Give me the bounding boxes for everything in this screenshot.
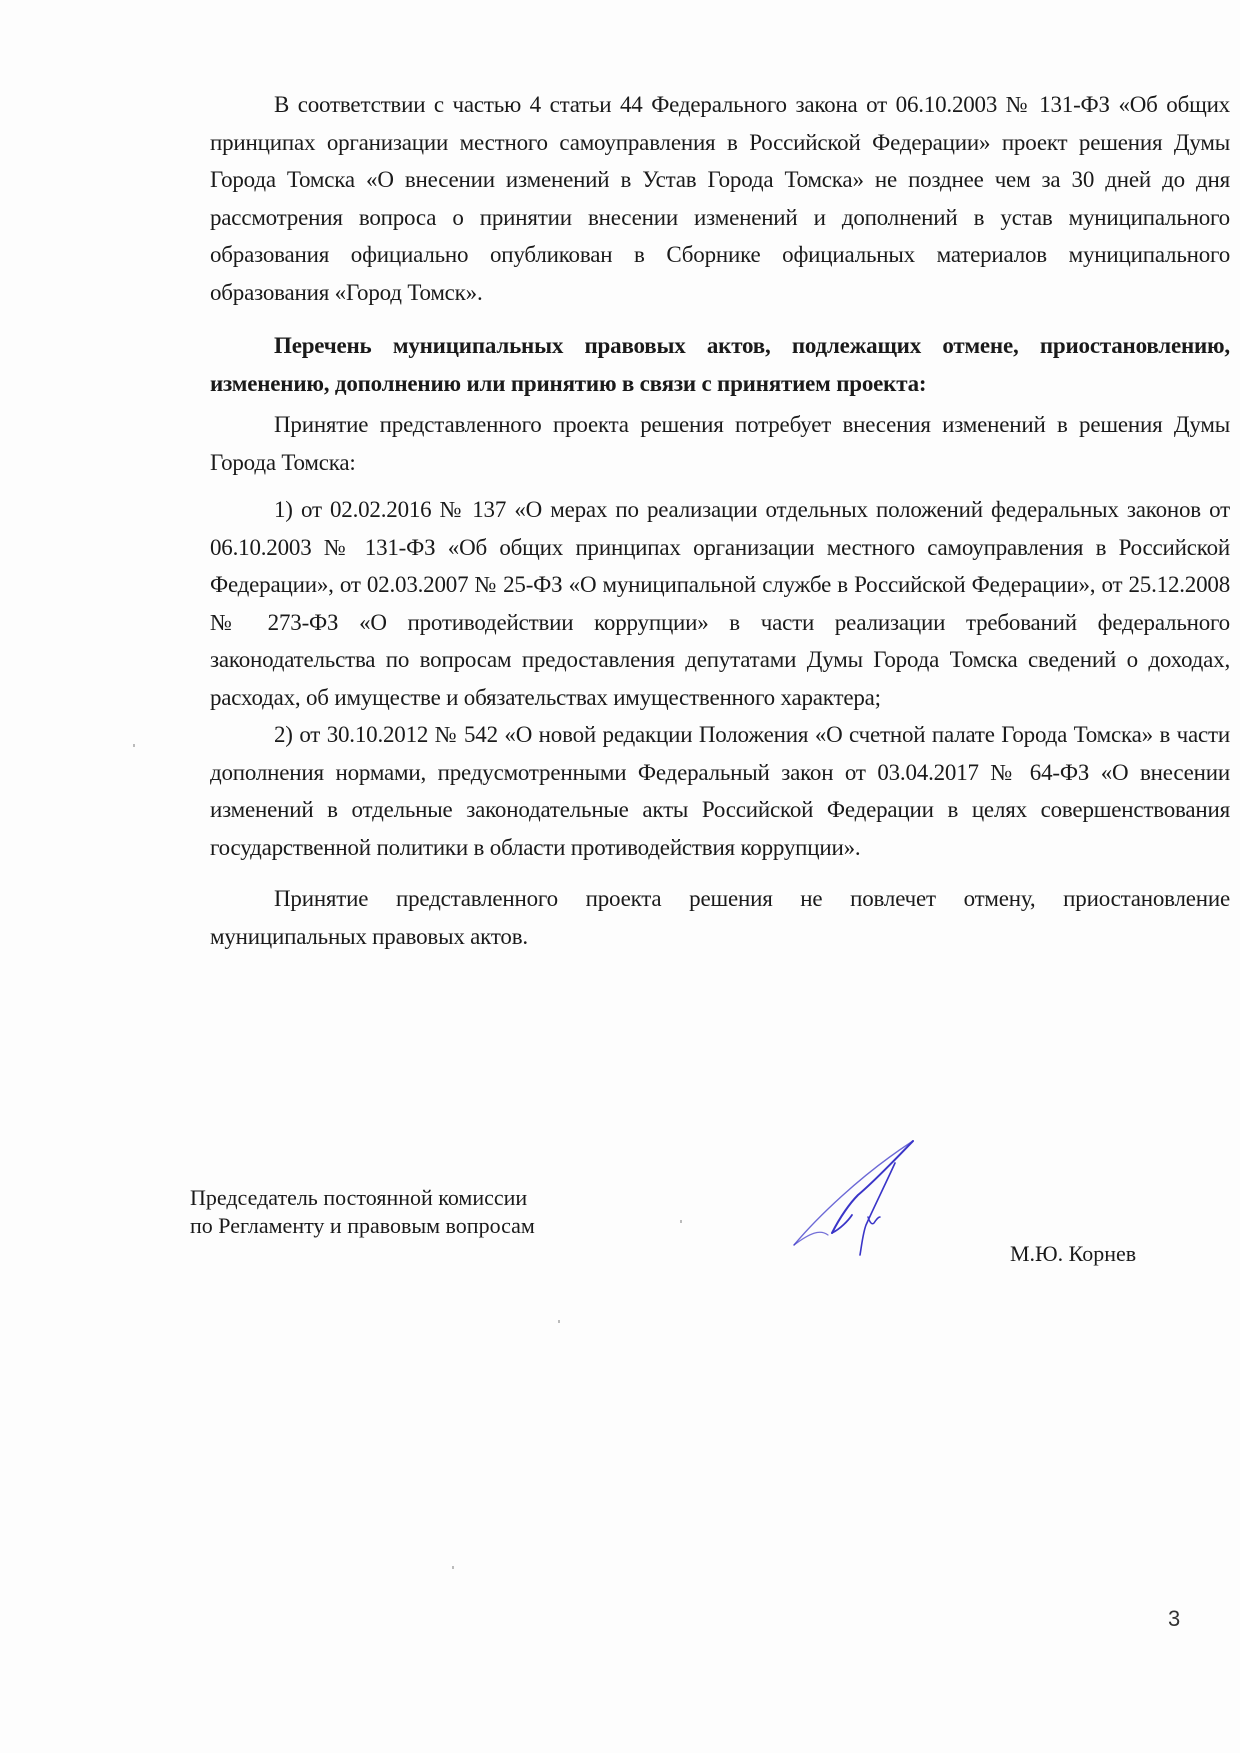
signatory-name: М.Ю. Корнев [1010, 1240, 1136, 1268]
scan-artifact [680, 1220, 682, 1223]
signatory-title: Председатель постоянной комиссии по Регл… [190, 1184, 610, 1240]
list-item-text: от 02.02.2016 № 137 «О мерах по реализац… [210, 497, 1230, 710]
list-item-1: 1) от 02.02.2016 № 137 «О мерах по реали… [210, 491, 1230, 716]
list-item-number: 2) [274, 722, 293, 747]
document-page: В соответствии с частью 4 статьи 44 Феде… [0, 0, 1240, 1753]
signature-block: Председатель постоянной комиссии по Регл… [190, 1184, 1190, 1304]
list-item-2: 2) от 30.10.2012 № 542 «О новой редакции… [210, 716, 1230, 866]
paragraph-closing: Принятие представленного проекта решения… [210, 880, 1230, 955]
paragraph-intro: Принятие представленного проекта решения… [210, 406, 1230, 481]
document-body: В соответствии с частью 4 статьи 44 Феде… [210, 86, 1230, 955]
page-number: 3 [1168, 1606, 1180, 1632]
scan-artifact [452, 1566, 454, 1569]
handwritten-signature-icon [770, 1125, 930, 1270]
signatory-title-line-1: Председатель постоянной комиссии [190, 1184, 610, 1212]
section-heading: Перечень муниципальных правовых актов, п… [210, 327, 1230, 402]
signatory-title-line-2: по Регламенту и правовым вопросам [190, 1212, 610, 1240]
list-item-number: 1) [274, 497, 293, 522]
list-item-text: от 30.10.2012 № 542 «О новой редакции По… [210, 722, 1230, 860]
scan-artifact [133, 744, 135, 747]
paragraph-publication-notice: В соответствии с частью 4 статьи 44 Феде… [210, 86, 1230, 311]
scan-artifact [558, 1320, 560, 1323]
